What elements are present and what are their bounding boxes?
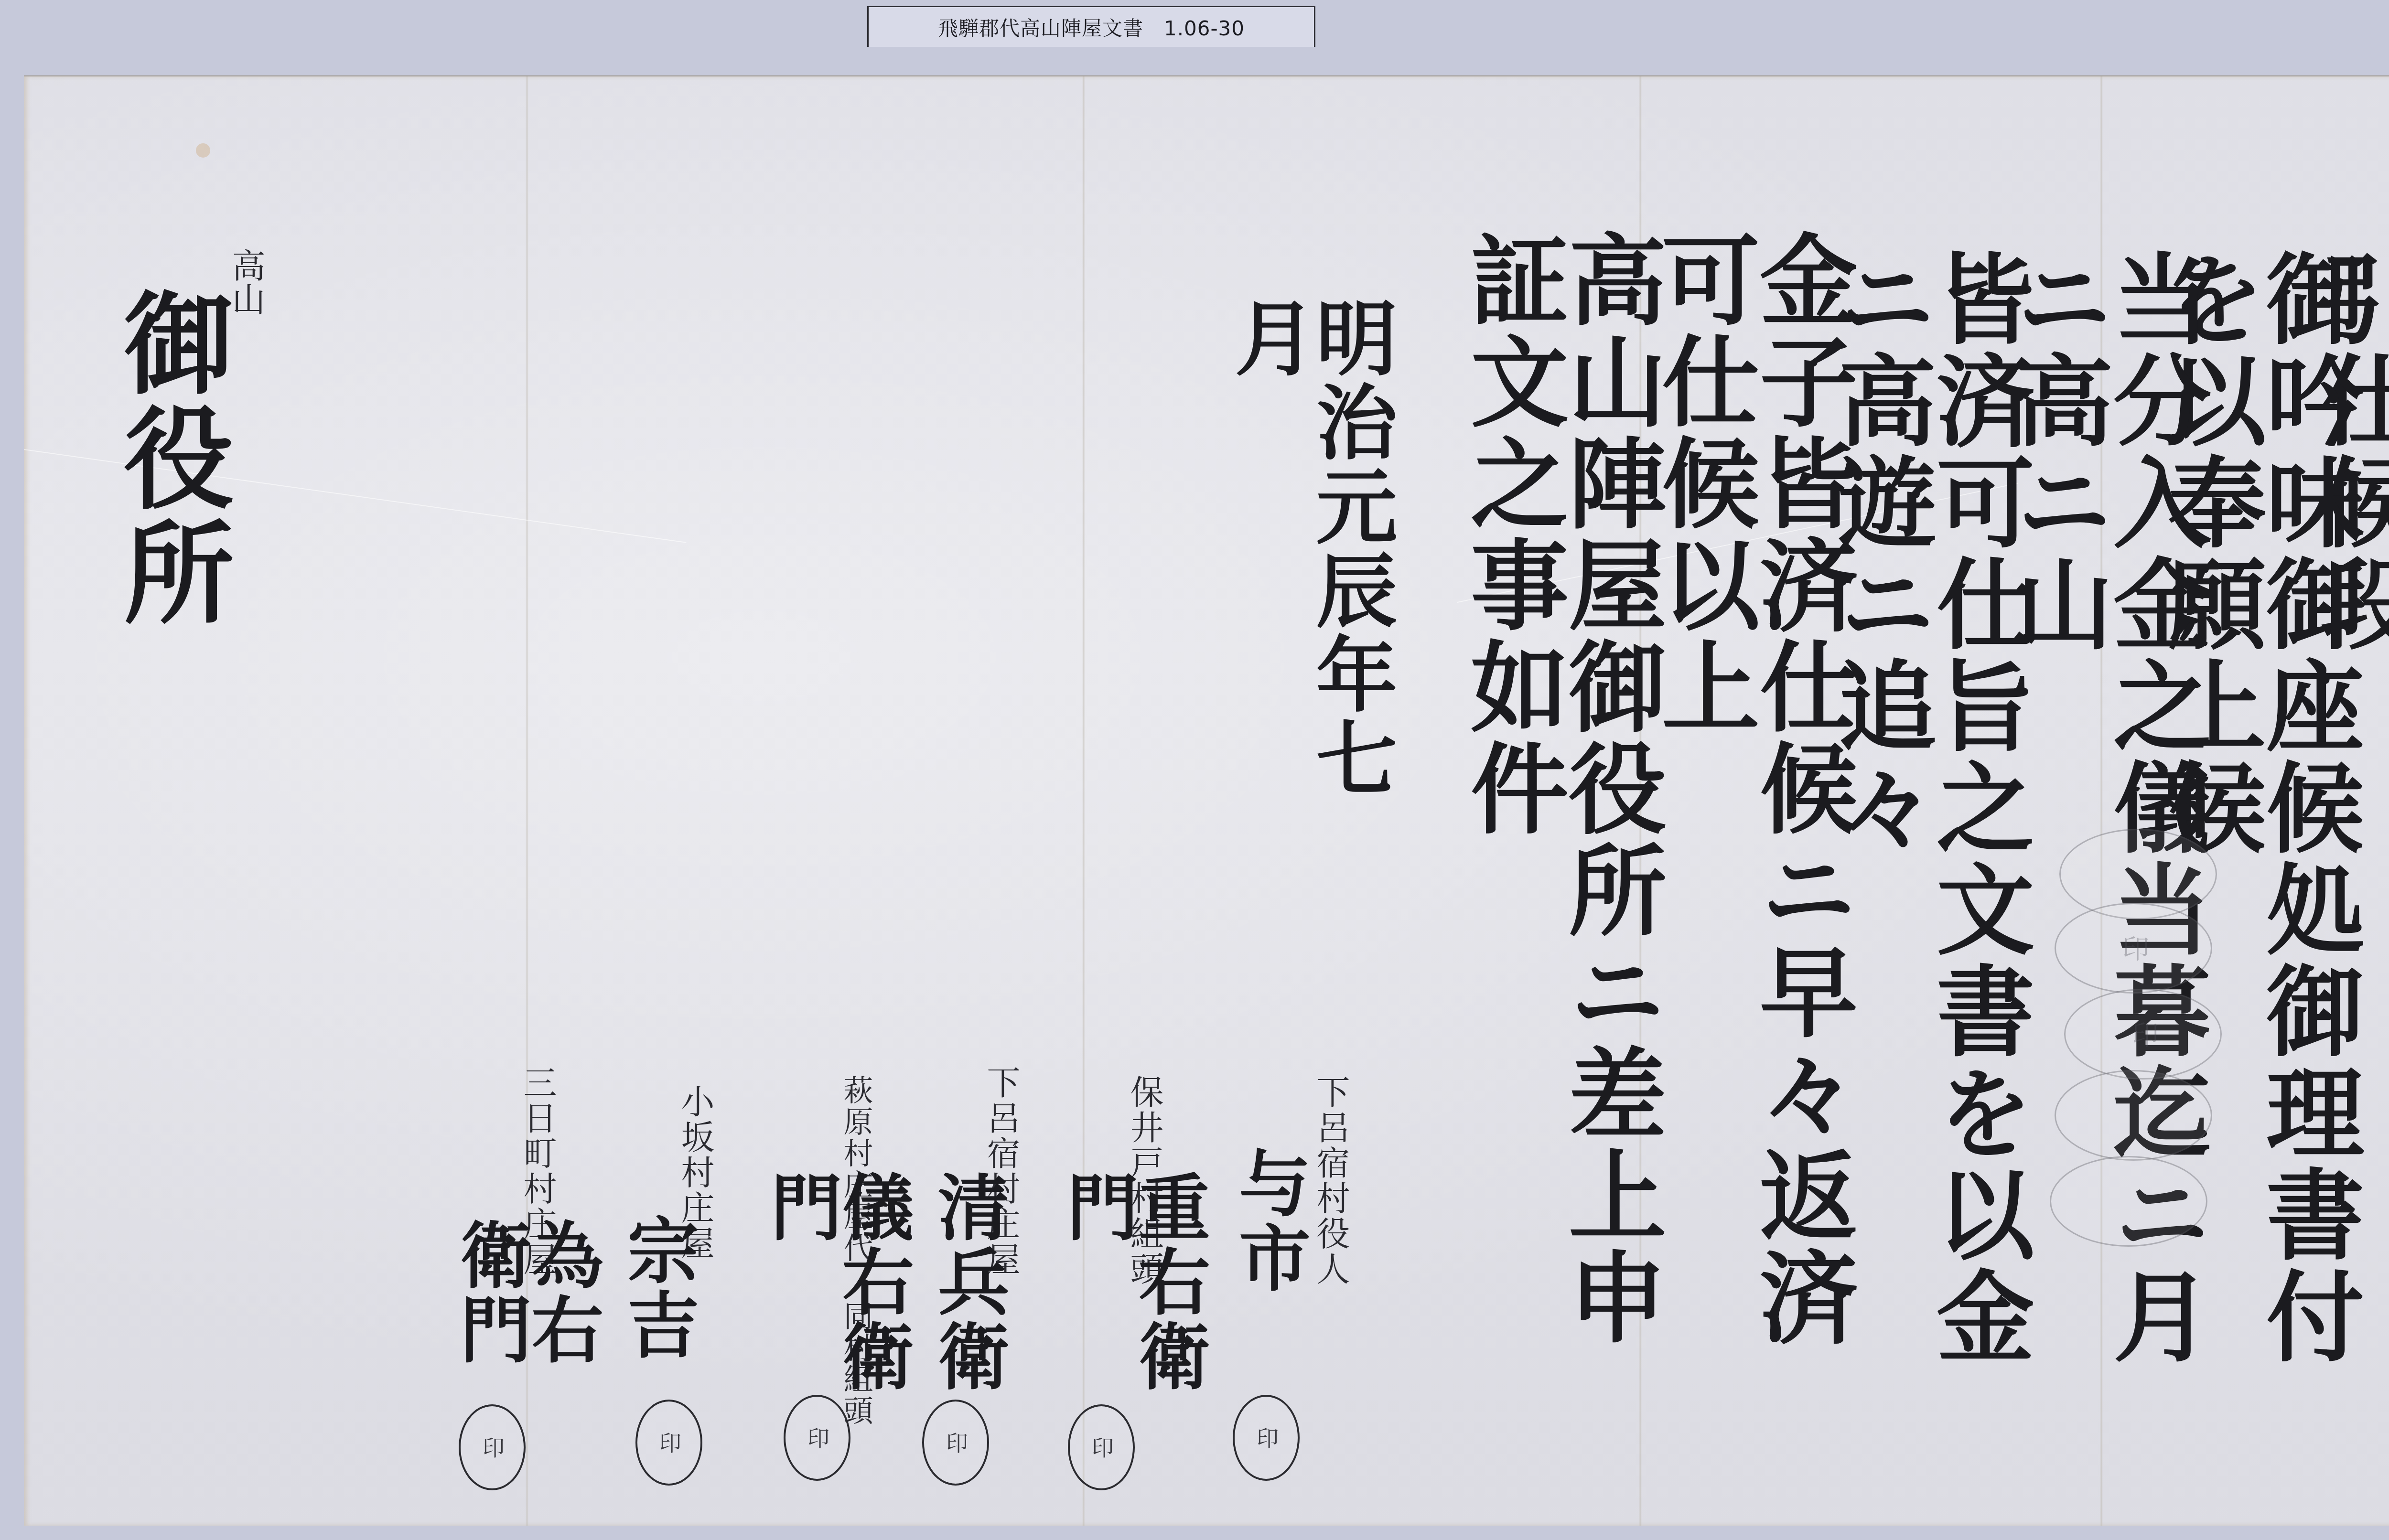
signatory-4-name: 儀右衛門 — [764, 1170, 908, 1419]
signatory-5-seal: 印 — [635, 1400, 702, 1486]
signatory-6-name: 為右衛門 — [454, 1218, 597, 1433]
signatory-1-name: 与市 — [1233, 1146, 1304, 1385]
faint-seal-2: 印 — [2055, 903, 2212, 994]
signatory-4-seal: 印 — [784, 1395, 850, 1481]
signatory-3-name: 清兵衛 — [932, 1170, 1003, 1419]
archive-label: 飛騨郡代高山陣屋文書 1.06-30 — [867, 6, 1315, 47]
body-column-4: 皆済可仕旨之文書を以金ニ高遊ニ追々 — [1830, 248, 2026, 1443]
faint-seal-5 — [2050, 1156, 2207, 1247]
addressee-prefix: 高山 — [229, 248, 263, 392]
faint-seal-3: 印 — [2064, 989, 2222, 1080]
signatory-1-seal: 印 — [1233, 1395, 1300, 1481]
paper-stain — [196, 143, 210, 158]
signatory-3-seal: 印 — [922, 1400, 989, 1486]
signatory-1-village: 下呂宿村役人 — [1314, 1075, 1347, 1361]
addressee: 御役所 — [115, 287, 225, 884]
signatory-5-name: 宗吉 — [621, 1213, 693, 1414]
archive-label-text: 飛騨郡代高山陣屋文書 1.06-30 — [938, 13, 1245, 42]
body-column-5: 金子皆済仕候ニ早々返済可仕候以上 — [1653, 229, 1849, 1447]
faint-seal-4 — [2055, 1070, 2212, 1161]
signatory-2-seal: 印 — [1068, 1404, 1135, 1490]
body-column-6: 高山陣屋御役所ニ差上申証文之事如件 — [1462, 229, 1658, 1447]
signatory-2-name: 重右衛門 — [1061, 1170, 1204, 1409]
document-date: 明治元辰年七月 — [1228, 296, 1390, 869]
signatory-6-seal: 印 — [459, 1404, 526, 1490]
